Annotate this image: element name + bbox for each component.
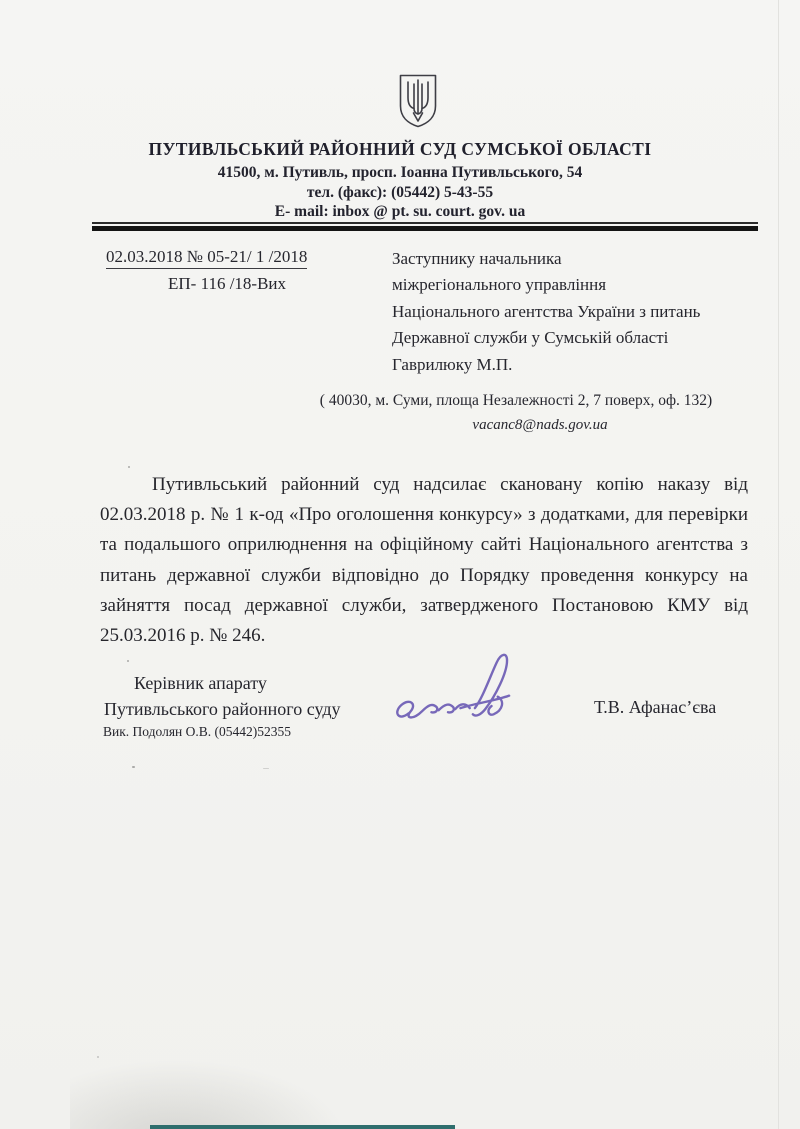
signer-position-line1: Керівник апарату: [134, 673, 267, 694]
handwritten-signature: [390, 648, 535, 733]
letterhead-divider-rule: [92, 222, 758, 231]
addressee-line: Національного агентства України з питань: [392, 299, 700, 325]
signer-position-line2: Путивльського районного суду: [104, 699, 341, 720]
addressee-line: Заступнику начальника: [392, 246, 700, 272]
court-name-title: ПУТИВЛЬСЬКИЙ РАЙОННИЙ СУД СУМСЬКОЇ ОБЛАС…: [0, 139, 800, 160]
scan-speck: [127, 660, 129, 662]
scan-speck: [97, 1056, 99, 1058]
scan-speck: [263, 768, 269, 769]
scan-speck: [128, 466, 130, 468]
letter-body-paragraph: Путивльський районний суд надсилає скано…: [100, 470, 748, 651]
addressee-postal-address: ( 40030, м. Суми, площа Незалежності 2, …: [286, 392, 746, 410]
scan-corner-shadow: [70, 1048, 370, 1129]
addressee-email: vacanc8@nads.gov.ua: [390, 417, 690, 434]
court-address-line: 41500, м. Путивль, просп. Іоанна Путивль…: [0, 164, 800, 182]
outgoing-ref-number: 02.03.2018 № 05-21/ 1 /2018: [106, 247, 307, 269]
scan-speck: [124, 259, 126, 261]
executor-contact-line: Вик. Подолян О.В. (05442)52355: [103, 724, 291, 740]
signer-name: Т.В. Афанас’єва: [594, 697, 716, 718]
addressee-block: Заступнику начальника міжрегіонального у…: [392, 246, 700, 378]
ukraine-trident-emblem-icon: [397, 73, 439, 129]
addressee-line: Гаврилюку М.П.: [392, 352, 700, 378]
addressee-line: міжрегіонального управління: [392, 272, 700, 298]
court-email-line: E- mail: inbox @ pt. su. court. gov. ua: [0, 203, 800, 221]
outgoing-ref-secondary: ЕП- 116 /18-Вих: [168, 274, 286, 294]
scan-speck: [132, 766, 135, 768]
scan-edge-strip: [150, 1125, 455, 1129]
addressee-line: Державної служби у Сумській області: [392, 325, 700, 351]
scanned-page: ПУТИВЛЬСЬКИЙ РАЙОННИЙ СУД СУМСЬКОЇ ОБЛАС…: [0, 0, 800, 1129]
court-phone-line: тел. (факс): (05442) 5-43-55: [0, 184, 800, 202]
